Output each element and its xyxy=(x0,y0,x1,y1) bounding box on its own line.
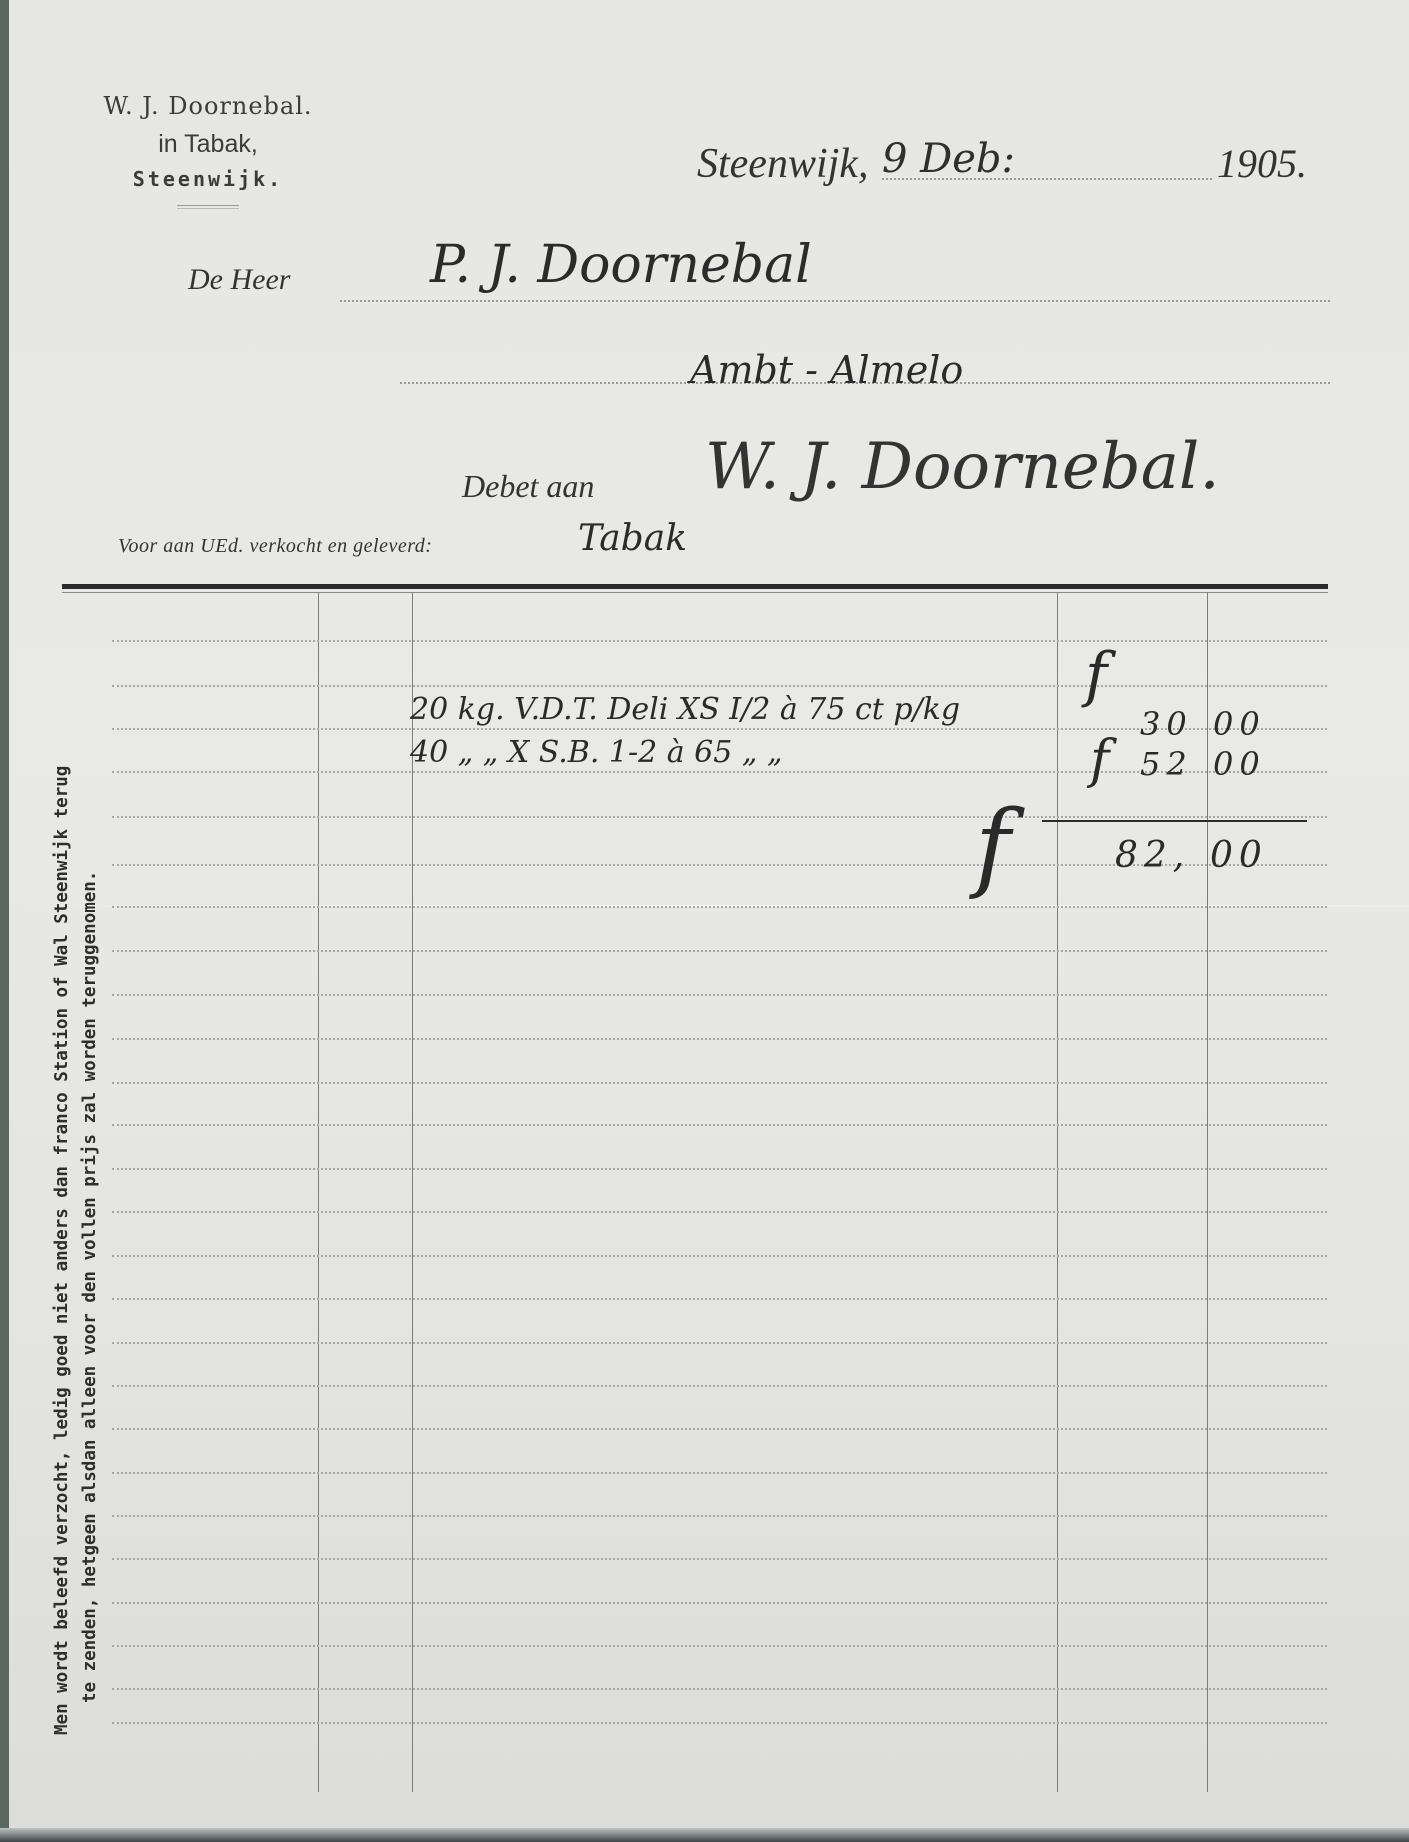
row-line xyxy=(112,1124,1327,1126)
dateline-date-handwritten: 9 Deb: xyxy=(882,136,1015,182)
row-line xyxy=(112,816,1327,818)
addressee-place-handwritten: Ambt - Almelo xyxy=(690,348,963,392)
dateline-place: Steenwijk, xyxy=(697,140,868,188)
row-line xyxy=(112,1342,1327,1344)
row-line xyxy=(112,1472,1327,1474)
total-cents: 00 xyxy=(1210,835,1268,876)
row-line xyxy=(112,994,1327,996)
row-line xyxy=(112,1385,1327,1387)
row-line xyxy=(112,1688,1327,1690)
return-policy-note: Men wordt beleefd verzocht, ledig goed n… xyxy=(48,635,104,1735)
table-top-rule xyxy=(62,584,1328,589)
row-line xyxy=(112,1428,1327,1430)
row-line xyxy=(112,1038,1327,1040)
letterhead-city: Steenwijk. xyxy=(38,167,378,191)
row-line xyxy=(112,1722,1327,1724)
debit-label: Debet aan xyxy=(462,468,594,505)
dateline: Steenwijk, 9 Deb: 1905. xyxy=(697,140,1337,190)
letterhead-rule xyxy=(177,205,239,209)
item-guilders: 52 xyxy=(1140,745,1193,783)
table-top-rule-thin xyxy=(62,592,1328,593)
florin-sign: f xyxy=(1090,730,1109,790)
letterhead-trade: in Tabak, xyxy=(38,130,378,159)
item-cents: 00 xyxy=(1213,745,1266,783)
addressee-name-handwritten: P. J. Doornebal xyxy=(430,235,812,295)
row-line xyxy=(112,640,1327,642)
florin-sign: f xyxy=(1085,640,1107,710)
paper-edge-bottom xyxy=(0,1828,1409,1842)
return-policy-line-1: Men wordt beleefd verzocht, ledig goed n… xyxy=(48,635,76,1735)
item-cents: 00 xyxy=(1213,705,1266,743)
item-guilders: 30 xyxy=(1140,705,1193,743)
paper-edge-left xyxy=(0,0,9,1842)
addressee-dotted-line-1 xyxy=(340,300,1330,302)
total-guilders: 82, xyxy=(1115,835,1190,876)
item-description: 40 „ „ X S.B. 1-2 à 65 „ „ xyxy=(410,735,783,770)
sold-delivered-value-handwritten: Tabak xyxy=(578,518,687,559)
row-line xyxy=(112,1211,1327,1213)
debit-creditor: W. J. Doornebal. xyxy=(705,430,1220,504)
sold-delivered-label: Voor aan UEd. verkocht en geleverd: xyxy=(118,535,432,558)
letterhead: W. J. Doornebal. in Tabak, Steenwijk. xyxy=(38,92,378,209)
row-line xyxy=(112,1602,1327,1604)
row-line xyxy=(112,1082,1327,1084)
sum-line xyxy=(1042,820,1307,822)
florin-sign-total: f xyxy=(975,790,1011,902)
addressee-label: De Heer xyxy=(188,263,290,297)
row-line xyxy=(112,685,1327,687)
row-line xyxy=(112,1558,1327,1560)
row-line xyxy=(112,1298,1327,1300)
row-line xyxy=(112,1515,1327,1517)
dateline-year: 1905. xyxy=(1217,140,1307,187)
row-line xyxy=(112,906,1327,908)
letterhead-name: W. J. Doornebal. xyxy=(38,92,378,120)
row-line xyxy=(112,1168,1327,1170)
row-line xyxy=(112,950,1327,952)
row-line xyxy=(112,1255,1327,1257)
return-policy-line-2: te zenden, hetgeen alsdan alleen voor de… xyxy=(76,635,104,1735)
row-line xyxy=(112,1645,1327,1647)
item-description: 20 kg. V.D.T. Deli XS I/2 à 75 ct p/kg xyxy=(410,692,960,727)
